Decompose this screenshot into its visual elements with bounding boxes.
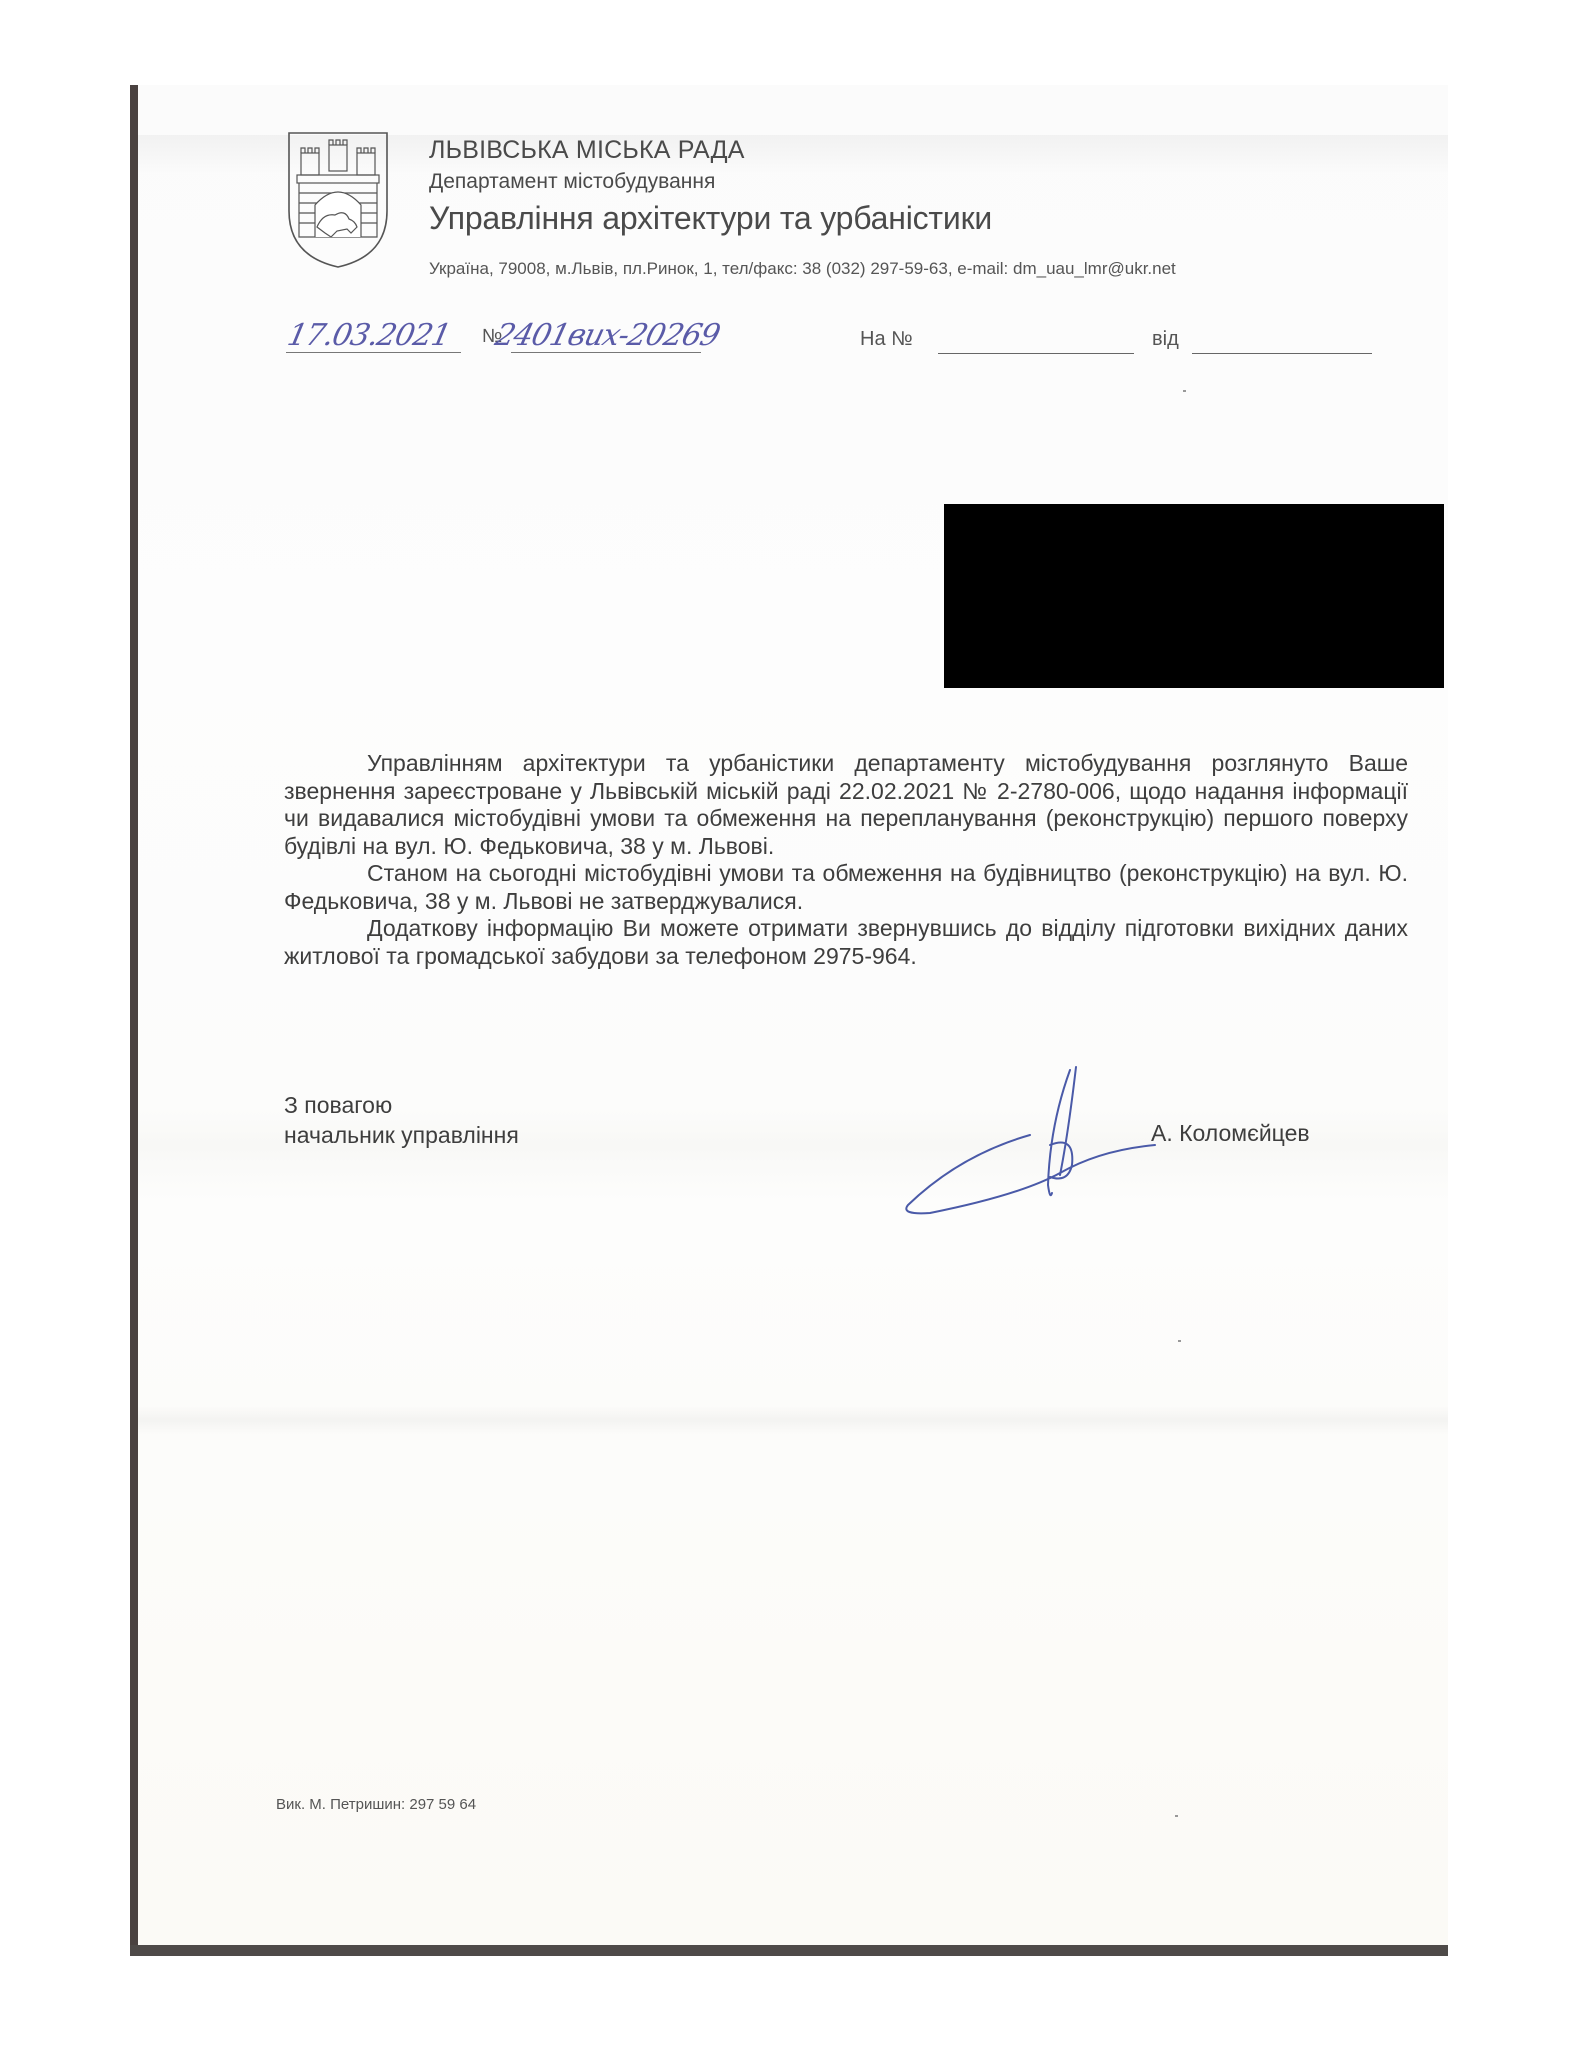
scan-edge-left — [130, 85, 138, 1953]
signer-name: А. Коломєйцев — [1151, 1120, 1310, 1147]
paper-speck — [1183, 390, 1186, 392]
handwritten-signature-icon — [900, 1065, 1160, 1225]
letter-paper — [138, 85, 1448, 1945]
paper-speck — [1178, 1340, 1181, 1342]
incoming-number-field — [938, 353, 1134, 354]
closing-block: З повагою начальник управління — [284, 1090, 519, 1150]
reference-row: 17.03.2021 № 2401вих-20269 На № від — [286, 318, 1366, 358]
from-date-label: від — [1152, 328, 1179, 351]
salutation: З повагою — [284, 1090, 519, 1120]
body-paragraph: Управлінням архітектури та урбаністики д… — [284, 750, 1408, 860]
scan-edge-bottom — [130, 1945, 1448, 1956]
body-paragraph: Додаткову інформацію Ви можете отримати … — [284, 915, 1408, 970]
redacted-addressee-block — [944, 504, 1444, 688]
body-paragraph: Станом на сьогодні містобудівні умови та… — [284, 860, 1408, 915]
signer-position: начальник управління — [284, 1120, 519, 1150]
department-name: Департамент містобудування — [429, 170, 715, 194]
letter-body: Управлінням архітектури та урбаністики д… — [284, 750, 1408, 970]
number-underline — [511, 352, 701, 353]
from-date-field — [1192, 353, 1372, 354]
executor-contact: Вик. М. Петришин: 297 59 64 — [276, 1796, 476, 1813]
outgoing-number: 2401вих-20269 — [492, 318, 723, 353]
paper-speck — [1175, 1815, 1178, 1817]
division-name: Управління архітектури та урбаністики — [429, 200, 992, 237]
contact-info: Україна, 79008, м.Львів, пл.Ринок, 1, те… — [429, 259, 1176, 279]
incoming-number-label: На № — [860, 328, 913, 351]
paper-fold — [138, 1405, 1448, 1435]
outgoing-date: 17.03.2021 — [284, 318, 453, 353]
organization-name: ЛЬВІВСЬКА МІСЬКА РАДА — [429, 136, 745, 165]
lviv-coat-of-arms-icon — [287, 131, 389, 269]
date-underline — [286, 352, 461, 353]
